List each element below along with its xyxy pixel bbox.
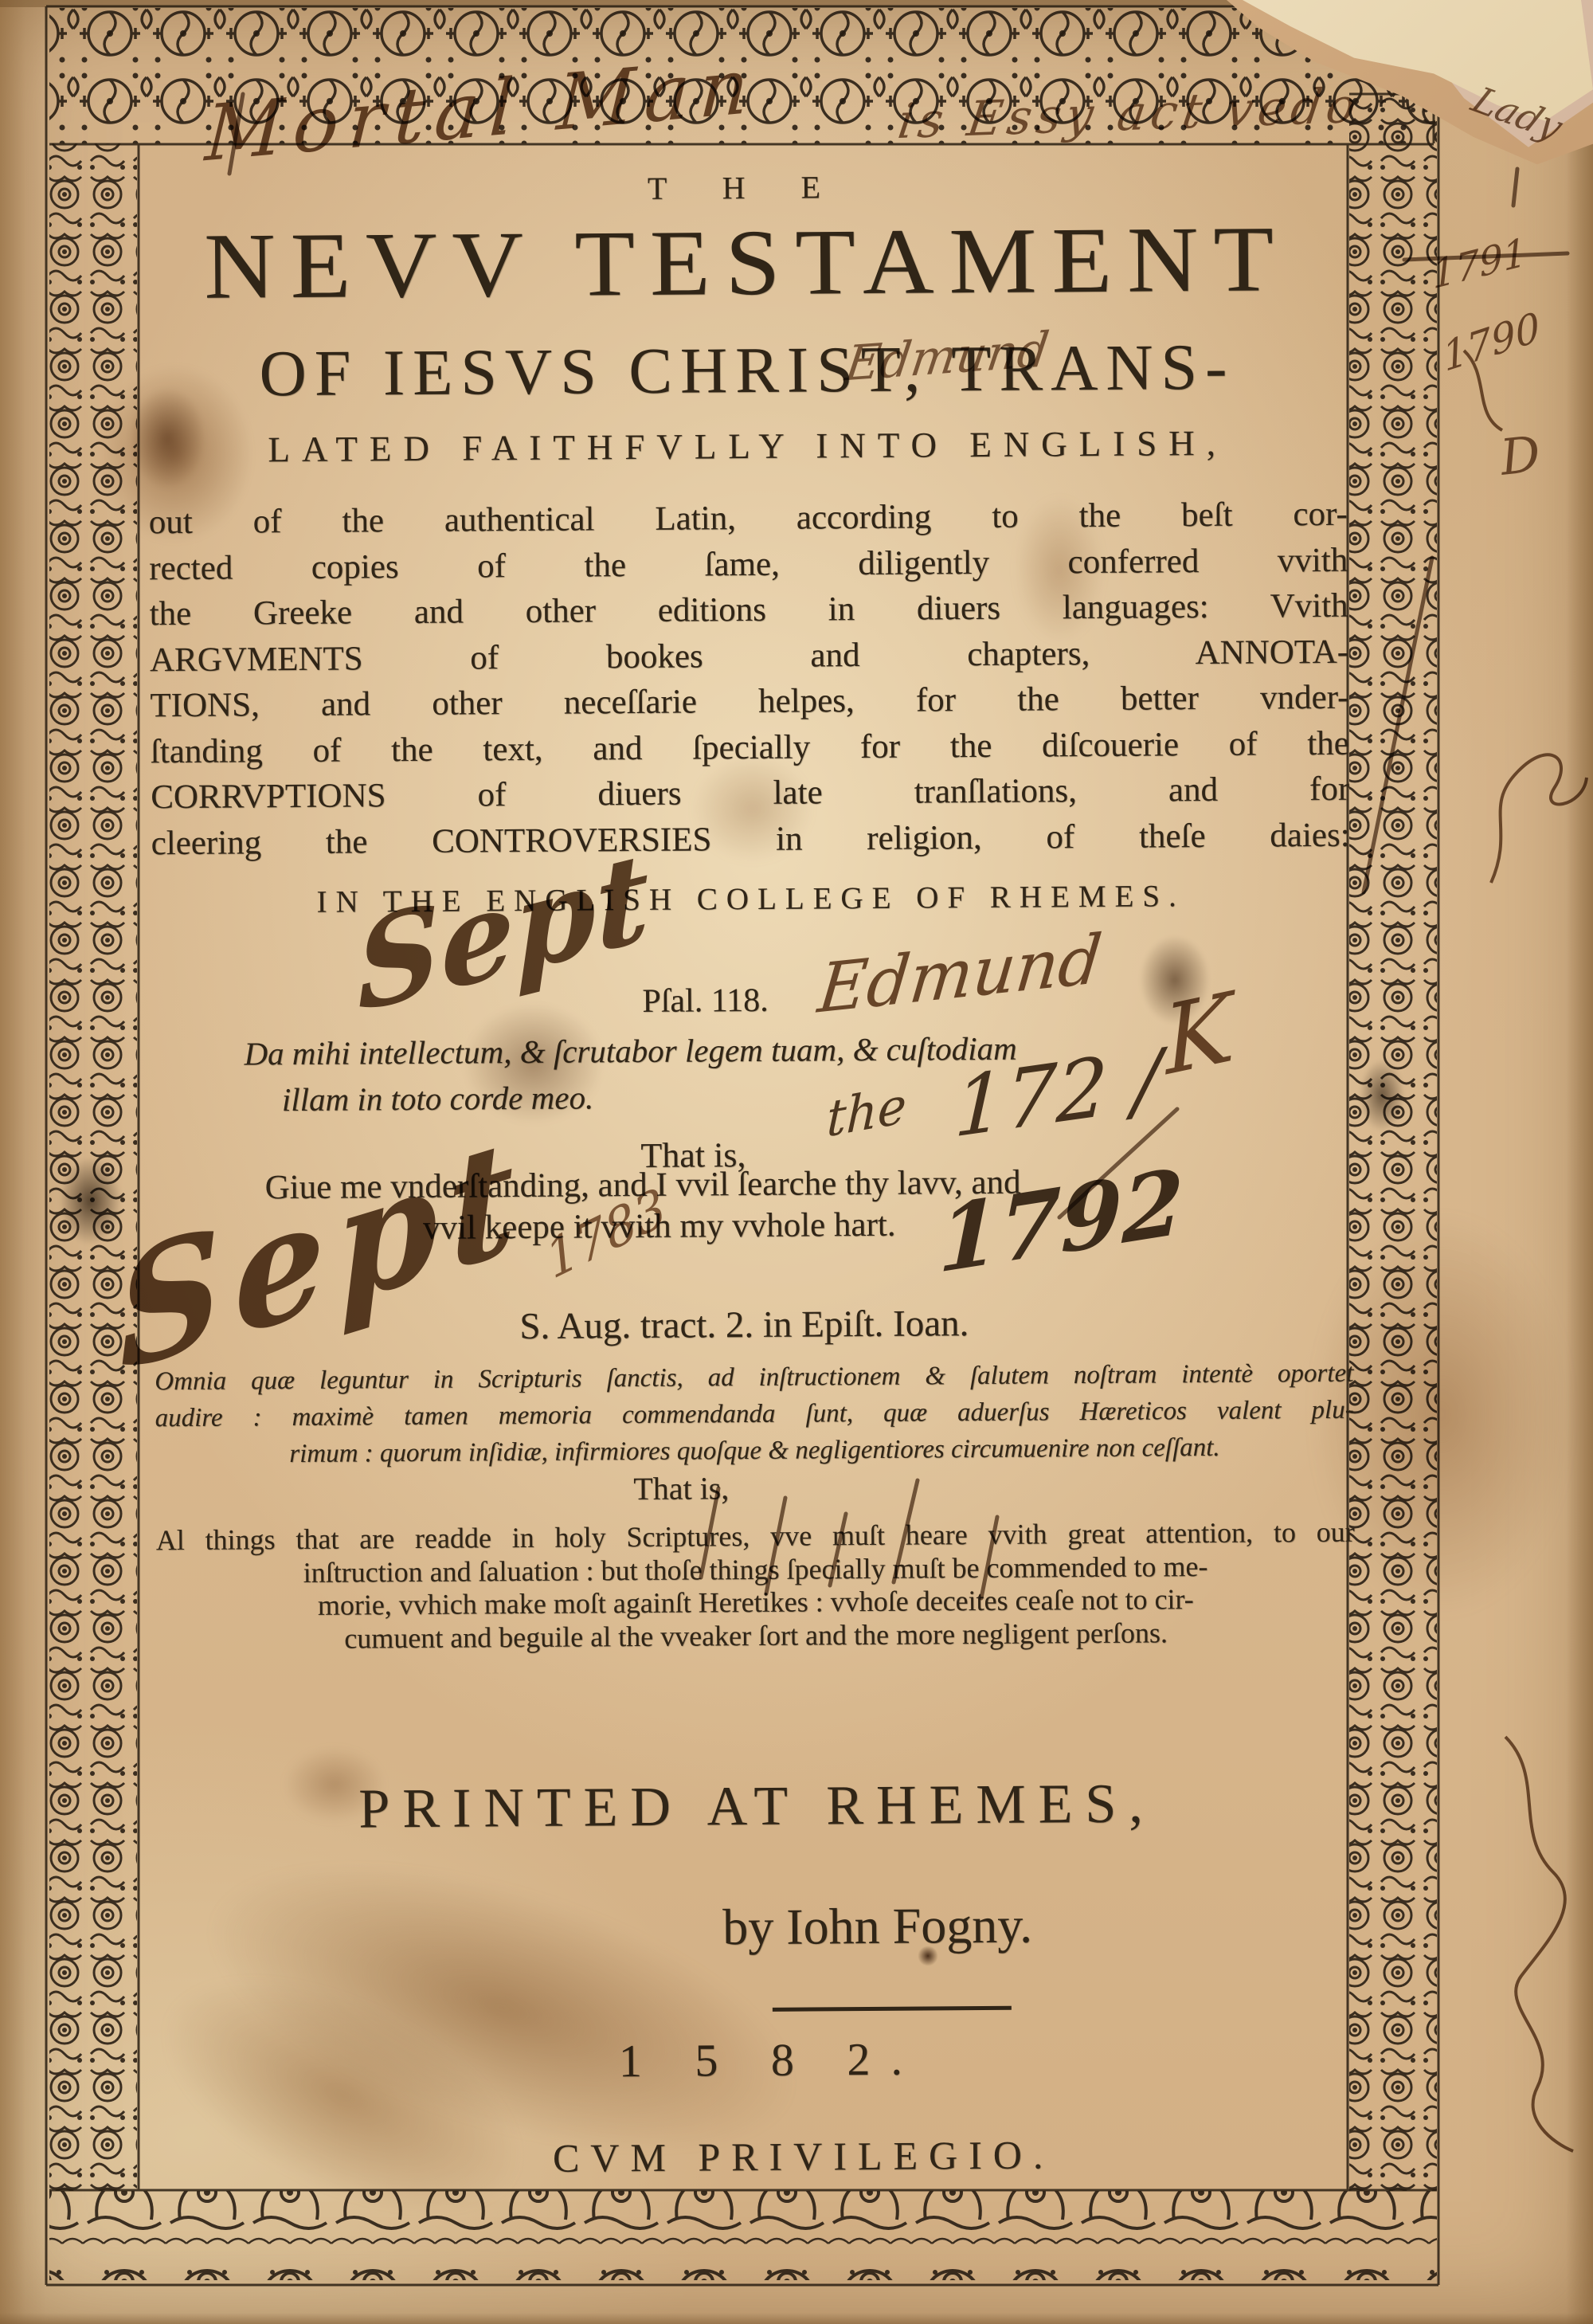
scanned-book-title-page: T H E NEVV TESTAMENT OF IESVS CHRIST, TR…	[0, 0, 1593, 2324]
ink-pen-strokes	[0, 0, 1593, 2324]
right-margin-scrawl-lower	[1505, 1737, 1573, 2151]
right-margin-scrawl-upper	[1491, 754, 1587, 883]
